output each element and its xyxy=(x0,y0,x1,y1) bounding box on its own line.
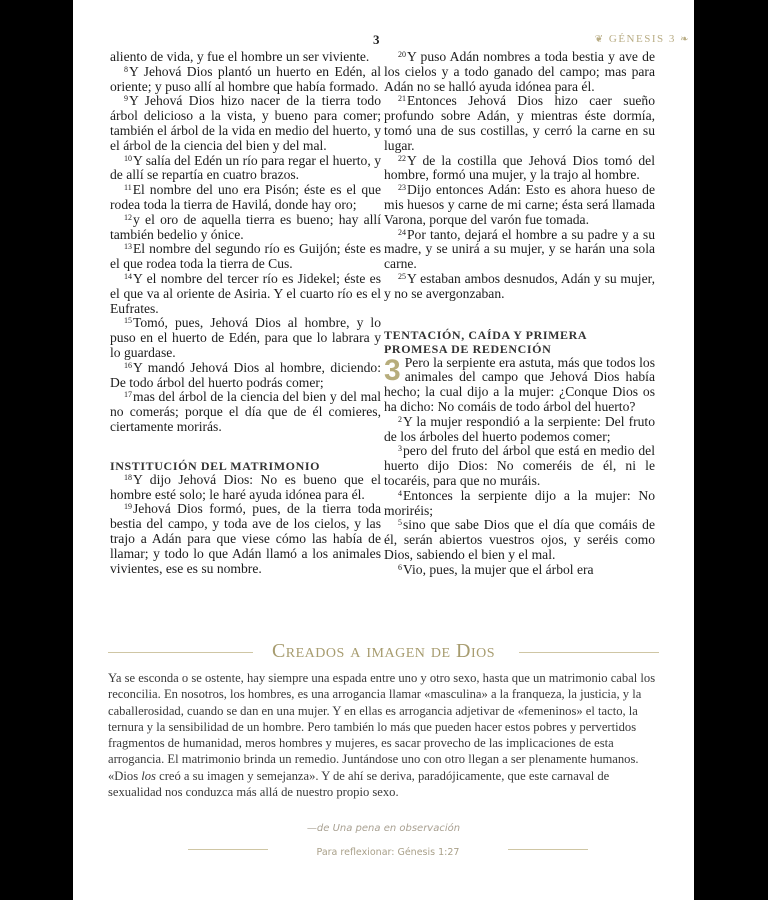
verse: 17mas del árbol de la ciencia del bien y… xyxy=(110,390,381,434)
verse: 13El nombre del segundo río es Guijón; é… xyxy=(110,242,381,272)
verse: 25Y estaban ambos desnudos, Adán y su mu… xyxy=(384,272,655,302)
verse: 16Y mandó Jehová Dios al hombre, diciend… xyxy=(110,361,381,391)
verse-text: Y Jehová Dios plantó un huerto en Edén, … xyxy=(110,64,381,94)
verse-text: Y la mujer respondió a la serpiente: Del… xyxy=(384,414,655,444)
left-column: aliento de vida, y fue el hombre un ser … xyxy=(110,50,381,576)
verse-text: Entonces la serpiente dijo a la mujer: N… xyxy=(384,488,655,518)
verse-number: 3 xyxy=(398,444,402,453)
verse-text: sino que sabe Dios que el día que comáis… xyxy=(384,517,655,562)
verse-number: 20 xyxy=(398,50,406,59)
verse-text: Jehová Dios formó, pues, de la tierra to… xyxy=(110,501,381,575)
feature-italic: los xyxy=(141,769,156,783)
verse: 9Y Jehová Dios hizo nacer de la tierra t… xyxy=(110,94,381,153)
leaf-flourish-icon: ❦ xyxy=(595,34,605,45)
verse-number: 2 xyxy=(398,415,402,424)
leaf-flourish-icon: ❧ xyxy=(680,34,690,45)
chapter-opening: 3Pero la serpiente era astuta, más que t… xyxy=(384,356,655,415)
verse: 22Y de la costilla que Jehová Dios tomó … xyxy=(384,154,655,184)
verse-number: 12 xyxy=(124,213,132,222)
verse: 23Dijo entonces Adán: Esto es ahora hues… xyxy=(384,183,655,227)
feature-title-text: Creados a imagen de Dios xyxy=(272,640,495,663)
verse-number: 17 xyxy=(124,390,132,399)
verse-list: 20Y puso Adán nombres a toda bestia y av… xyxy=(384,50,655,302)
verse-number: 16 xyxy=(124,361,132,370)
running-head: ❦ GÉNESIS 3 ❧ xyxy=(595,33,690,45)
verse-text: Y salía del Edén un río para regar el hu… xyxy=(110,153,381,183)
verse-text: Tomó, pues, Jehová Dios al hombre, y lo … xyxy=(110,315,381,360)
verse-list: 8Y Jehová Dios plantó un huerto en Edén,… xyxy=(110,65,381,435)
verse-text: Dijo entonces Adán: Esto es ahora hueso … xyxy=(384,182,655,227)
verse-text: y el oro de aquella tierra es bueno; hay… xyxy=(110,212,381,242)
verse: 18Y dijo Jehová Dios: No es bueno que el… xyxy=(110,473,381,503)
verse-text: mas del árbol de la ciencia del bien y d… xyxy=(110,389,381,434)
verse-number: 4 xyxy=(398,489,402,498)
verse: 21Entonces Jehová Dios hizo caer sueño p… xyxy=(384,94,655,153)
verse-number: 6 xyxy=(398,563,402,572)
verse-text: Y mandó Jehová Dios al hombre, diciendo:… xyxy=(110,360,381,390)
attribution-source: Una pena en observación xyxy=(333,823,461,834)
divider xyxy=(519,652,659,653)
divider xyxy=(108,652,253,653)
verse-number: 10 xyxy=(124,154,132,163)
verse-number: 5 xyxy=(398,518,402,527)
verse: 2Y la mujer respondió a la serpiente: De… xyxy=(384,415,655,445)
section-heading: INSTITUCIÓN DEL MATRIMONIO xyxy=(110,459,381,473)
verse-text: Vio, pues, la mujer que el árbol era xyxy=(403,562,594,577)
section-heading: TENTACIÓN, CAÍDA Y PRIMERA xyxy=(384,328,655,342)
verse: 24Por tanto, dejará el hombre a su padre… xyxy=(384,228,655,272)
verse-text: pero del fruto del árbol que está en med… xyxy=(384,443,655,488)
feature-text: creó a su imagen y semejanza». Y de ahí … xyxy=(108,769,609,799)
verse: 11El nombre del uno era Pisón; éste es e… xyxy=(110,183,381,213)
right-column: 20Y puso Adán nombres a toda bestia y av… xyxy=(384,50,655,578)
continuation-text: aliento de vida, y fue el hombre un ser … xyxy=(110,50,381,65)
verse-list: 2Y la mujer respondió a la serpiente: De… xyxy=(384,415,655,578)
verse-number: 23 xyxy=(398,183,406,192)
chapter-number: 3 xyxy=(384,357,401,385)
verse-text: Pero la serpiente era astuta, más que to… xyxy=(384,355,655,414)
verse-number: 13 xyxy=(124,242,132,251)
verse-number: 14 xyxy=(124,272,132,281)
verse-number: 15 xyxy=(124,316,132,325)
verse-number: 18 xyxy=(124,473,132,482)
bible-page: 3 ❦ GÉNESIS 3 ❧ aliento de vida, y fue e… xyxy=(73,0,694,900)
feature-box: Creados a imagen de Dios Ya se esconda o… xyxy=(108,640,659,800)
verse: 14Y el nombre del tercer río es Jidekel;… xyxy=(110,272,381,316)
verse-number: 11 xyxy=(124,183,132,192)
verse-text: Entonces Jehová Dios hizo caer sueño pro… xyxy=(384,93,655,152)
verse: 20Y puso Adán nombres a toda bestia y av… xyxy=(384,50,655,94)
reflect-reference: Para reflexionar: Génesis 1:27 xyxy=(188,842,588,856)
verse: 5sino que sabe Dios que el día que comái… xyxy=(384,518,655,562)
attribution: —de Una pena en observación xyxy=(73,823,694,834)
feature-body: Ya se esconda o se ostente, hay siempre … xyxy=(108,670,659,800)
running-head-text: GÉNESIS 3 xyxy=(609,33,676,45)
feature-text: Ya se esconda o se ostente, hay siempre … xyxy=(108,671,655,783)
verse: 8Y Jehová Dios plantó un huerto en Edén,… xyxy=(110,65,381,95)
verse-number: 19 xyxy=(124,502,132,511)
verse: 19Jehová Dios formó, pues, de la tierra … xyxy=(110,502,381,576)
verse: 15Tomó, pues, Jehová Dios al hombre, y l… xyxy=(110,316,381,360)
divider xyxy=(188,849,268,850)
page-number: 3 xyxy=(373,32,380,48)
verse-list: 18Y dijo Jehová Dios: No es bueno que el… xyxy=(110,473,381,577)
verse-number: 24 xyxy=(398,228,406,237)
verse-text: El nombre del segundo río es Guijón; ést… xyxy=(110,241,381,271)
verse-text: Por tanto, dejará el hombre a su padre y… xyxy=(384,227,655,272)
verse-text: Y de la costilla que Jehová Dios tomó de… xyxy=(384,153,655,183)
verse-number: 9 xyxy=(124,94,128,103)
verse: 10Y salía del Edén un río para regar el … xyxy=(110,154,381,184)
verse-text: Y Jehová Dios hizo nacer de la tierra to… xyxy=(110,93,381,152)
verse: 12y el oro de aquella tierra es bueno; h… xyxy=(110,213,381,243)
divider xyxy=(508,849,588,850)
feature-title: Creados a imagen de Dios xyxy=(108,640,659,664)
verse-text: Y dijo Jehová Dios: No es bueno que el h… xyxy=(110,472,381,502)
verse: 6Vio, pues, la mujer que el árbol era xyxy=(384,563,655,578)
verse: 3pero del fruto del árbol que está en me… xyxy=(384,444,655,488)
reflect-text: Para reflexionar: Génesis 1:27 xyxy=(317,847,460,858)
attribution-prefix: —de xyxy=(307,823,333,834)
verse-text: Y el nombre del tercer río es Jidekel; é… xyxy=(110,271,381,316)
section-heading: PROMESA DE REDENCIÓN xyxy=(384,342,655,356)
verse-number: 25 xyxy=(398,272,406,281)
verse-number: 8 xyxy=(124,65,128,74)
verse-text: El nombre del uno era Pisón; éste es el … xyxy=(110,182,381,212)
verse-text: Y puso Adán nombres a toda bestia y ave … xyxy=(384,49,655,94)
verse-number: 21 xyxy=(398,94,406,103)
verse-text: Y estaban ambos desnudos, Adán y su muje… xyxy=(384,271,655,301)
verse: 4Entonces la serpiente dijo a la mujer: … xyxy=(384,489,655,519)
verse-number: 22 xyxy=(398,154,406,163)
